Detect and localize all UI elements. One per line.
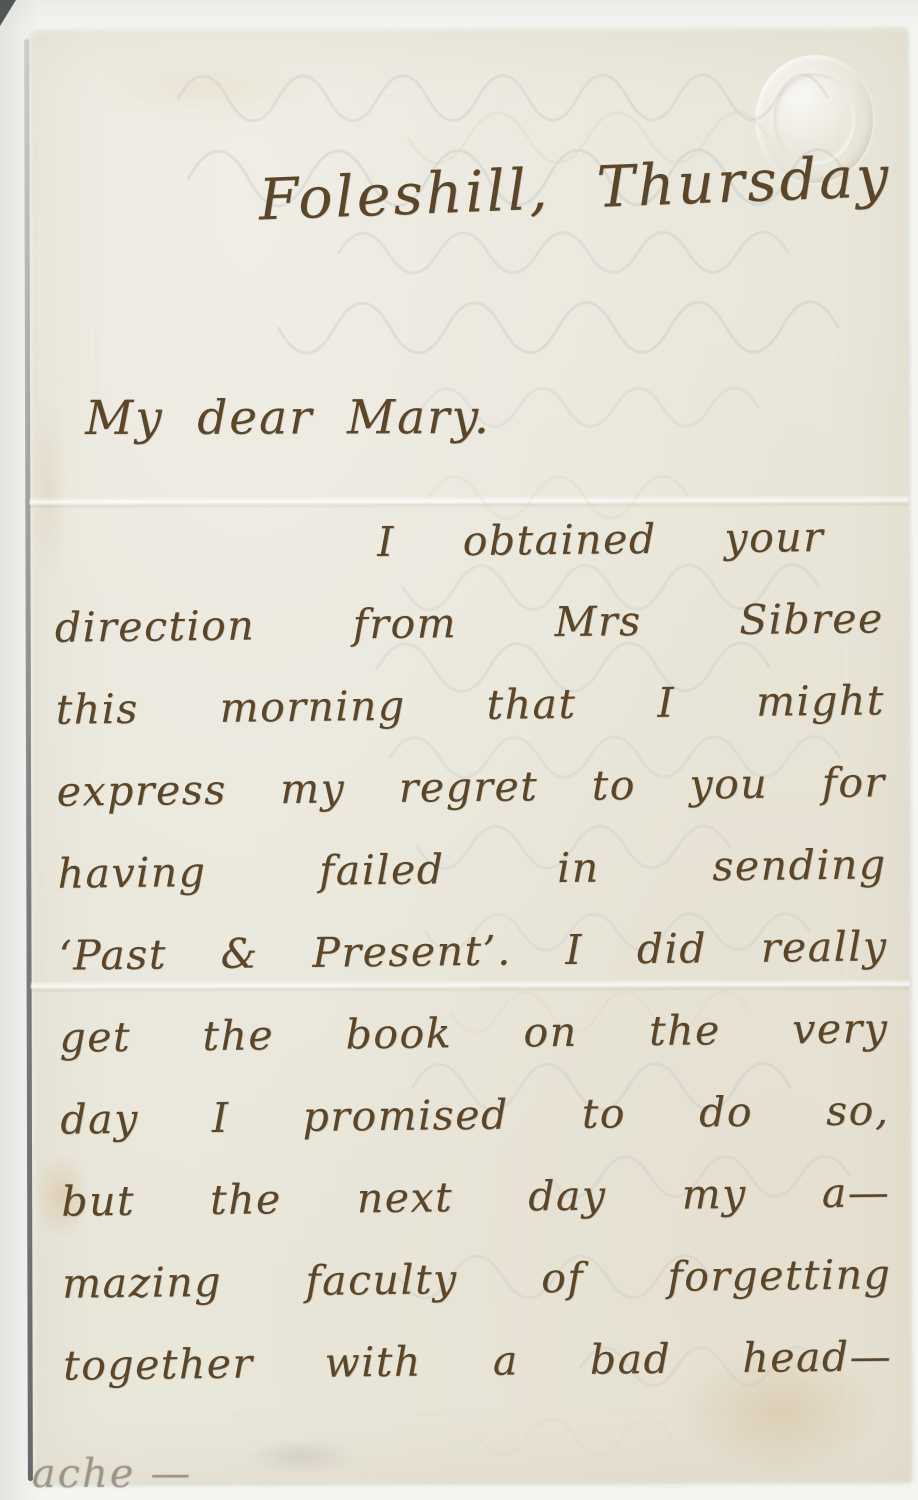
letter-line: but the next day my a— <box>61 1151 891 1242</box>
paper-stain <box>222 1430 382 1482</box>
paper-stain <box>48 38 368 139</box>
letter-page: Foleshill, Thursday My dear Mary. I obta… <box>28 27 911 1483</box>
letter-line: I obtained your <box>53 495 883 586</box>
letter-line: direction from Mrs Sibree <box>54 577 884 668</box>
letter-dateline: Foleshill, Thursday <box>258 144 889 234</box>
letter-line: together with a bad head— <box>63 1315 893 1406</box>
letter-line: get the book on the very <box>59 987 889 1078</box>
letter-line: express my regret to you for <box>56 741 886 832</box>
letter-line: mazing faculty of forgetting <box>62 1233 892 1324</box>
letter-body: I obtained your direction from Mrs Sibre… <box>53 495 892 1406</box>
letter-line: ‘Past & Present’. I did really <box>58 905 888 996</box>
letter-line: this morning that I might <box>55 659 885 750</box>
letter-line: day I promised to do so, <box>60 1069 890 1160</box>
letter-salutation: My dear Mary. <box>85 389 908 446</box>
letter-line: having failed in sending <box>57 823 887 914</box>
letter-partial-line: ache — <box>32 1451 193 1497</box>
